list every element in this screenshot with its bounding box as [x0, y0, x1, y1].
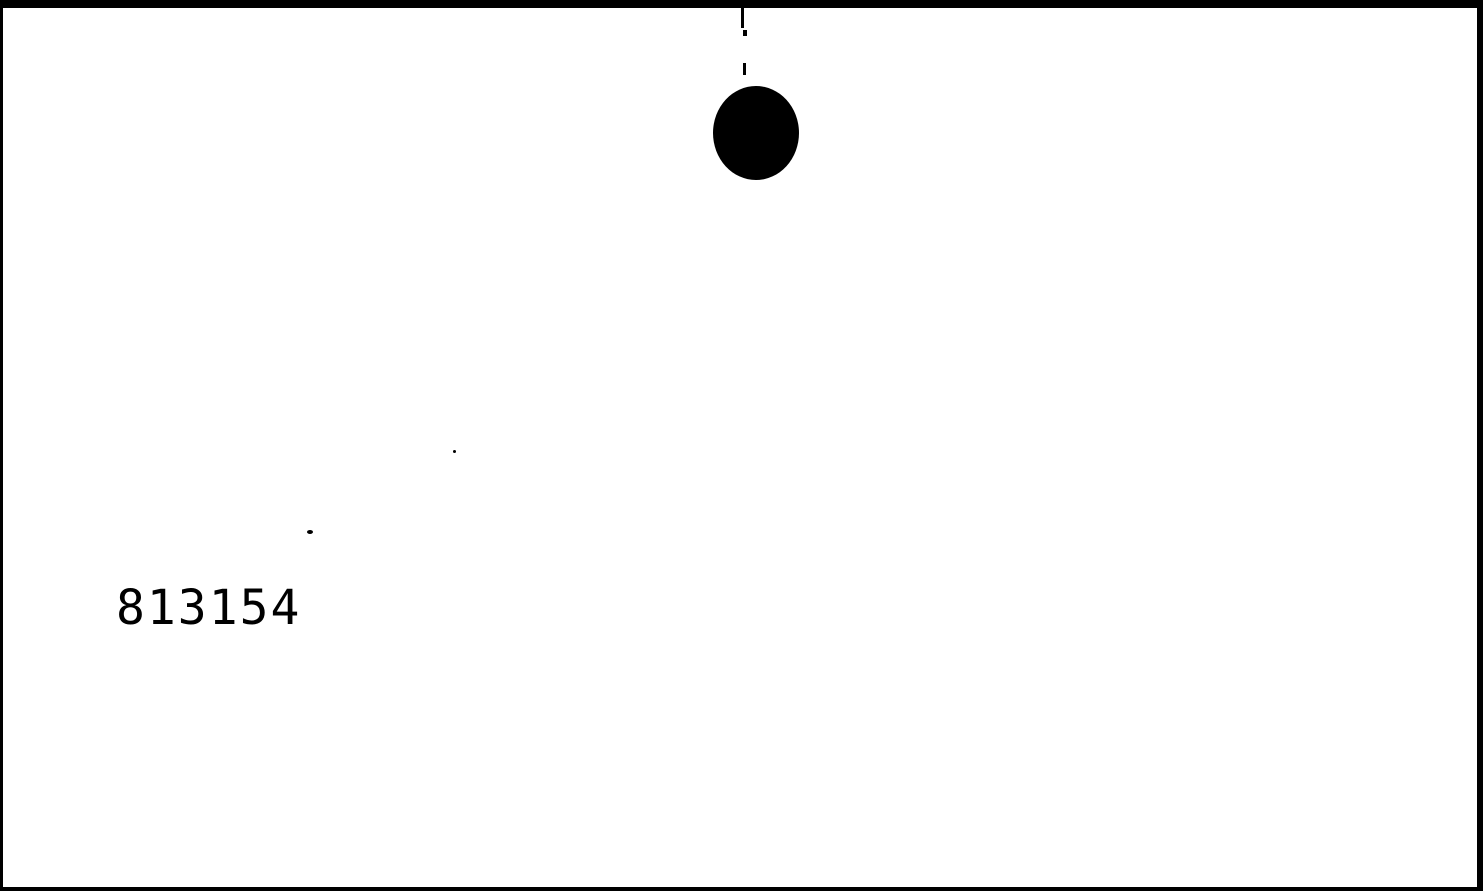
punch-hole — [713, 86, 799, 180]
speck — [307, 530, 313, 534]
handwritten-number: 813154 — [116, 580, 301, 636]
top-mark — [743, 30, 747, 36]
scanned-card: 813154 — [3, 8, 1477, 887]
speck — [453, 450, 456, 453]
top-mark — [743, 63, 746, 75]
top-mark — [741, 8, 744, 28]
